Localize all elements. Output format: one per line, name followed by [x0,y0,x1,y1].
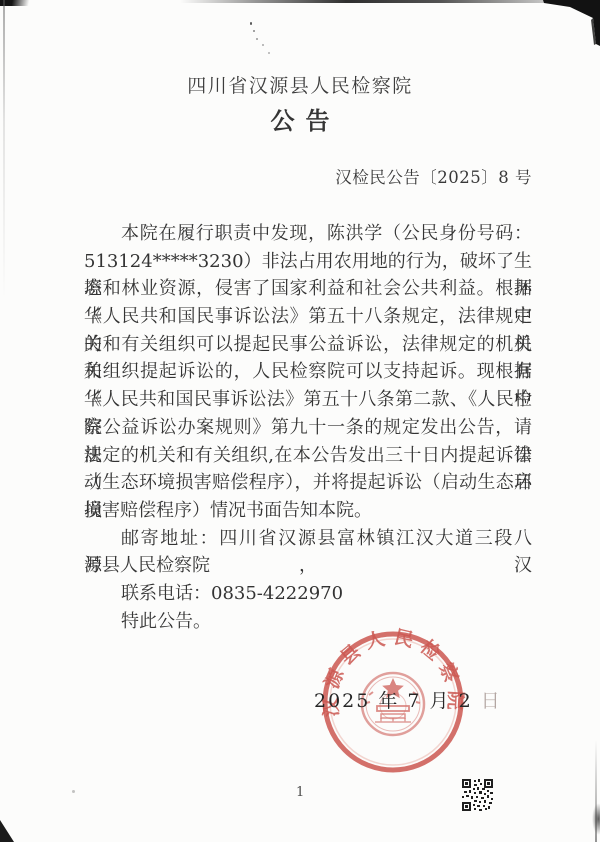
body-line: 关组织提起诉讼的，人民检察院可以支持起诉。现根据《中 [84,358,532,386]
document-body: 本院在履行职责中发现，陈洪学（公民身份号码： 513124*****3230）非… [84,220,532,635]
scan-artifact-top-left-corner [0,0,30,6]
scan-speck [268,52,270,54]
scan-artifact-right-smudge [592,803,600,835]
issue-date: 2025 年 7 月 2 日 [314,686,502,713]
issue-date-main: 2025 年 7 月 2 [314,690,473,712]
body-line: 513124*****3230）非法占用农用地的行为，破坏了生态环 [84,248,532,276]
scan-speck [262,44,264,46]
document-number: 汉检民公告〔2025〕8 号 [335,164,532,188]
body-line-mailing-address: 邮寄地址：四川省汉源县富林镇江汉大道三段八号，汉 [84,525,532,553]
body-line: 动生态环境损害赔偿程序），并将提起诉讼（启动生态环境 [84,469,532,497]
scan-speck [72,790,75,793]
body-line: 境和林业资源，侵害了国家利益和社会公共利益。根据《中 [84,275,532,303]
body-line: 本院在履行职责中发现，陈洪学（公民身份号码： [84,220,532,248]
scan-artifact-left-edge [3,0,5,300]
body-line: 华人民共和国民事诉讼法》第五十八条第二款、《人民检察 [84,386,532,414]
qr-code [462,779,493,811]
page-number: 1 [296,785,304,800]
scan-artifact-top-edge [180,0,550,3]
scan-speck [250,22,252,25]
body-line: 院公益诉讼办案规则》第九十一条的规定发出公告，请法律 [84,414,532,442]
body-line: 规定的机关和有关组织,在本公告发出三十日内提起诉讼（启 [84,442,532,470]
body-line: 华人民共和国民事诉讼法》第五十八条规定，法律规定的机 [84,303,532,331]
scan-artifact-bottom-left-corner [0,812,20,842]
scan-artifact-top-right-corner [540,0,600,50]
scan-artifact-right-edge [595,740,597,842]
body-line: 关和有关组织可以提起民事公益诉讼，法律规定的机关和有 [84,331,532,359]
issuer-title: 四川省汉源县人民检察院 [0,71,600,98]
body-line: 损害赔偿程序）情况书面告知本院。 [84,497,532,525]
scan-speck [256,38,258,40]
body-line-phone: 联系电话：0835-4222970 [84,580,532,608]
scan-speck [253,30,255,32]
scanned-document-page: 四川省汉源县人民检察院 公告 汉检民公告〔2025〕8 号 本院在履行职责中发现… [0,0,600,842]
issue-date-suffix: 日 [481,690,502,712]
document-title: 公告 [0,101,600,136]
